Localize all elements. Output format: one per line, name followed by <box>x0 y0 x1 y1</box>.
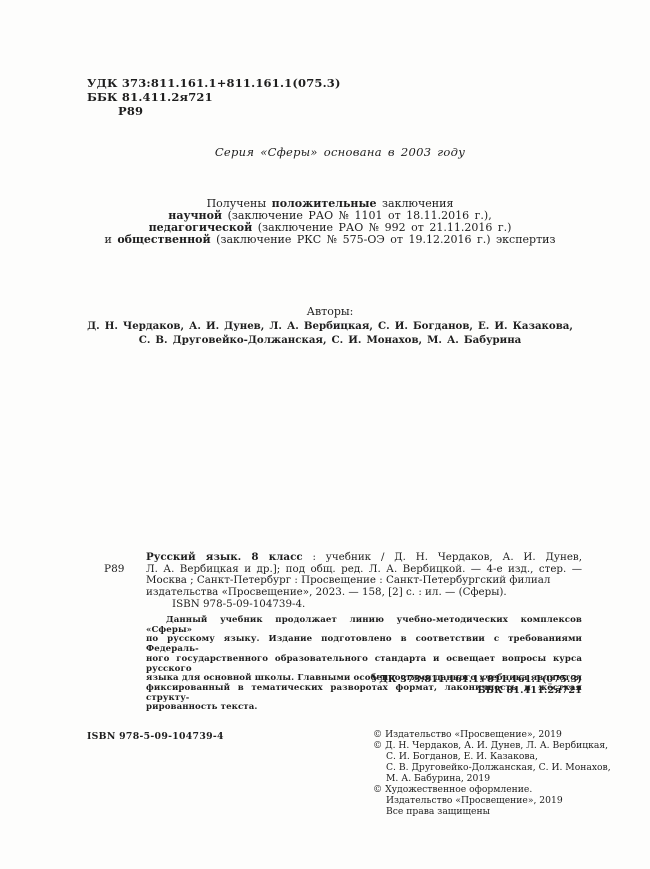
copyright-entry: © Д. Н. Чердаков, А. И. Дунев, Л. А. Вер… <box>373 740 623 784</box>
series-note: Серия «Сферы» основана в 2003 году <box>85 145 595 159</box>
text-line: Данный учебник продолжает линию учебно-м… <box>146 616 582 635</box>
authors-names: Д. Н. Чердаков, А. И. Дунев, Л. А. Верби… <box>70 319 590 347</box>
author-sign-code: Р89 <box>87 104 341 118</box>
text-line: Д. Н. Чердаков, А. И. Дунев, Л. А. Верби… <box>70 319 590 333</box>
text-line: рированность текста. <box>146 703 582 713</box>
text-line: и общественной (заключение РКС № 575-ОЭ … <box>75 234 585 246</box>
authors-block: Авторы: Д. Н. Чердаков, А. И. Дунев, Л. … <box>70 304 590 347</box>
catalog-card-code: Р89 <box>104 564 124 576</box>
text-line: Все права защищены <box>373 806 623 817</box>
text-line: М. А. Бабурина, 2019 <box>373 773 623 784</box>
expertise-statement: Получены положительные заключениянаучной… <box>75 198 585 246</box>
text-line: © Д. Н. Чердаков, А. И. Дунев, Л. А. Вер… <box>373 740 623 751</box>
text-line: УДК 373:811.161.1+811.161.1(075.3) <box>146 674 582 685</box>
text-line: по русскому языку. Издание подготовлено … <box>146 635 582 654</box>
book-imprint-page: УДК 373:811.161.1+811.161.1(075.3) ББК 8… <box>0 0 650 869</box>
text-line: С. В. Друговейко-Должанская, С. И. Монах… <box>70 333 590 347</box>
udk-code: УДК 373:811.161.1+811.161.1(075.3) <box>87 76 341 90</box>
text-line: С. И. Богданов, Е. И. Казакова, <box>373 751 623 762</box>
text-line: ББК 81.411.2я721 <box>146 685 582 696</box>
annotation-paragraph: Данный учебник продолжает линию учебно-м… <box>146 616 582 713</box>
isbn-number: ISBN 978-5-09-104739-4 <box>87 731 224 742</box>
top-classification-codes: УДК 373:811.161.1+811.161.1(075.3) ББК 8… <box>87 76 341 118</box>
copyright-entry: © Издательство «Просвещение», 2019 <box>373 729 623 740</box>
text-line: Издательство «Просвещение», 2019 <box>373 795 623 806</box>
text-line: ного государственного образовательного с… <box>146 655 582 674</box>
text-line: © Художественное оформление. <box>373 784 623 795</box>
copyright-entry: © Художественное оформление.Издательство… <box>373 784 623 817</box>
text-line: ISBN 978-5-09-104739-4. <box>146 599 582 611</box>
catalog-card: Р89 Русский язык. 8 класс : учебник / Д.… <box>146 552 582 611</box>
text-line: © Издательство «Просвещение», 2019 <box>373 729 623 740</box>
text-line: С. В. Друговейко-Должанская, С. И. Монах… <box>373 762 623 773</box>
bottom-classification-codes: УДК 373:811.161.1+811.161.1(075.3)ББК 81… <box>146 674 582 696</box>
bbk-code: ББК 81.411.2я721 <box>87 90 341 104</box>
copyright-block: © Издательство «Просвещение», 2019 © Д. … <box>373 729 623 817</box>
authors-label: Авторы: <box>70 304 590 319</box>
